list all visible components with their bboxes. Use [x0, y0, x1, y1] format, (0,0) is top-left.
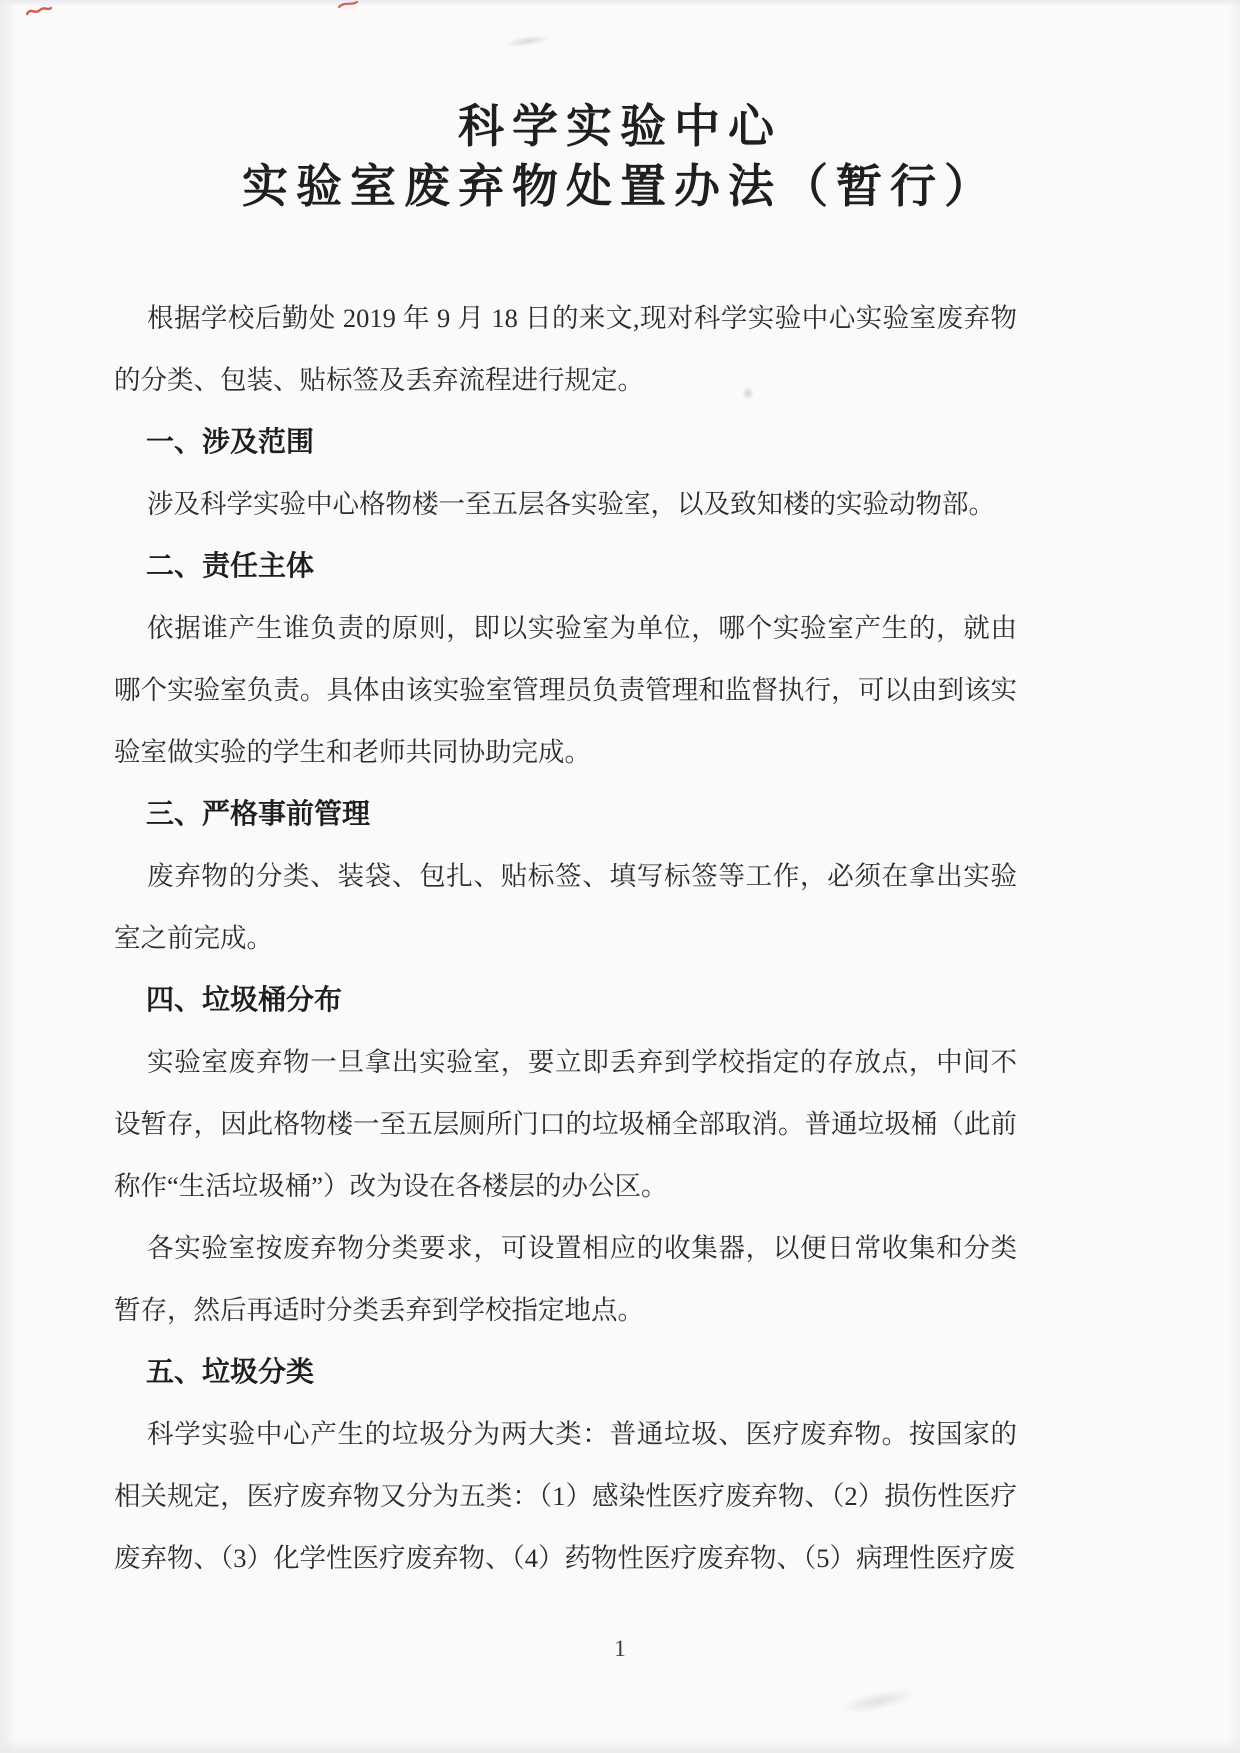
section-heading: 一、涉及范围	[114, 411, 1017, 473]
scan-smudge	[742, 386, 754, 400]
red-pen-mark-icon	[26, 5, 52, 17]
document-body: 根据学校后勤处 2019 年 9 月 18 日的来文,现对科学实验中心实验室废弃…	[114, 287, 1017, 1589]
section-heading: 三、严格事前管理	[114, 783, 1017, 845]
document-title-line1: 科学实验中心	[0, 96, 1240, 156]
section-paragraph: 涉及科学实验中心格物楼一至五层各实验室，以及致知楼的实验动物部。	[114, 473, 1017, 535]
section-responsibility: 二、责任主体 依据谁产生谁负责的原则，即以实验室为单位，哪个实验室产生的，就由哪…	[114, 535, 1017, 783]
section-pre-management: 三、严格事前管理 废弃物的分类、装袋、包扎、贴标签、填写标签等工作，必须在拿出实…	[114, 783, 1017, 969]
section-waste-classification: 五、垃圾分类 科学实验中心产生的垃圾分为两大类：普通垃圾、医疗废弃物。按国家的相…	[114, 1341, 1017, 1589]
page-number: 1	[0, 1636, 1240, 1662]
section-scope: 一、涉及范围 涉及科学实验中心格物楼一至五层各实验室，以及致知楼的实验动物部。	[114, 411, 1017, 535]
document-title-line2: 实验室废弃物处置办法（暂行）	[0, 156, 1240, 216]
section-paragraph: 废弃物的分类、装袋、包扎、贴标签、填写标签等工作，必须在拿出实验室之前完成。	[114, 845, 1017, 969]
section-bin-distribution: 四、垃圾桶分布 实验室废弃物一旦拿出实验室，要立即丢弃到学校指定的存放点，中间不…	[114, 969, 1017, 1341]
red-pen-mark-icon	[338, 0, 358, 9]
section-paragraph: 各实验室按废弃物分类要求，可设置相应的收集器，以便日常收集和分类暂存，然后再适时…	[114, 1217, 1017, 1341]
section-heading: 二、责任主体	[114, 535, 1017, 597]
document-title: 科学实验中心 实验室废弃物处置办法（暂行）	[0, 0, 1240, 216]
scanned-document-page: 科学实验中心 实验室废弃物处置办法（暂行） 根据学校后勤处 2019 年 9 月…	[0, 0, 1240, 1753]
section-heading: 四、垃圾桶分布	[114, 969, 1017, 1031]
intro-paragraph: 根据学校后勤处 2019 年 9 月 18 日的来文,现对科学实验中心实验室废弃…	[114, 287, 1017, 411]
section-heading: 五、垃圾分类	[114, 1341, 1017, 1403]
scan-smudge	[837, 1684, 919, 1718]
section-paragraph: 依据谁产生谁负责的原则，即以实验室为单位，哪个实验室产生的，就由哪个实验室负责。…	[114, 597, 1017, 783]
section-paragraph: 科学实验中心产生的垃圾分为两大类：普通垃圾、医疗废弃物。按国家的相关规定，医疗废…	[114, 1403, 1017, 1589]
section-paragraph: 实验室废弃物一旦拿出实验室，要立即丢弃到学校指定的存放点，中间不设暂存，因此格物…	[114, 1031, 1017, 1217]
